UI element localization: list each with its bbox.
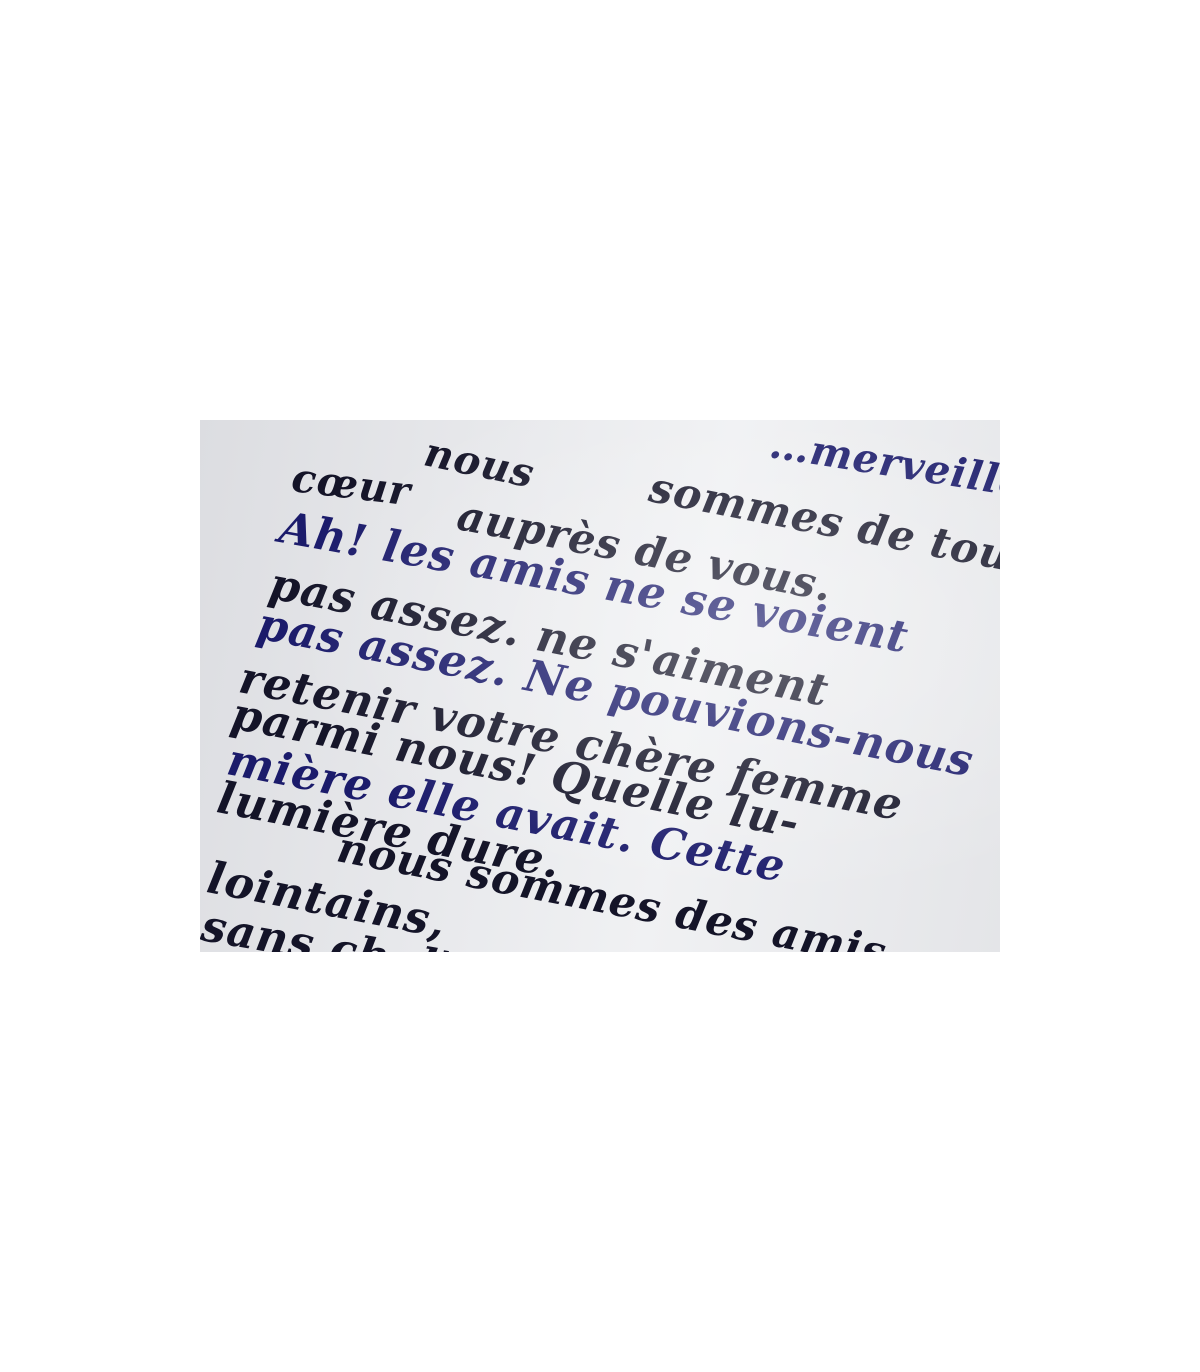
handwritten-letter-photo: …merveille nous sommes de tout cœur aupr… <box>200 420 1000 952</box>
handwriting-line: nous <box>420 429 539 498</box>
